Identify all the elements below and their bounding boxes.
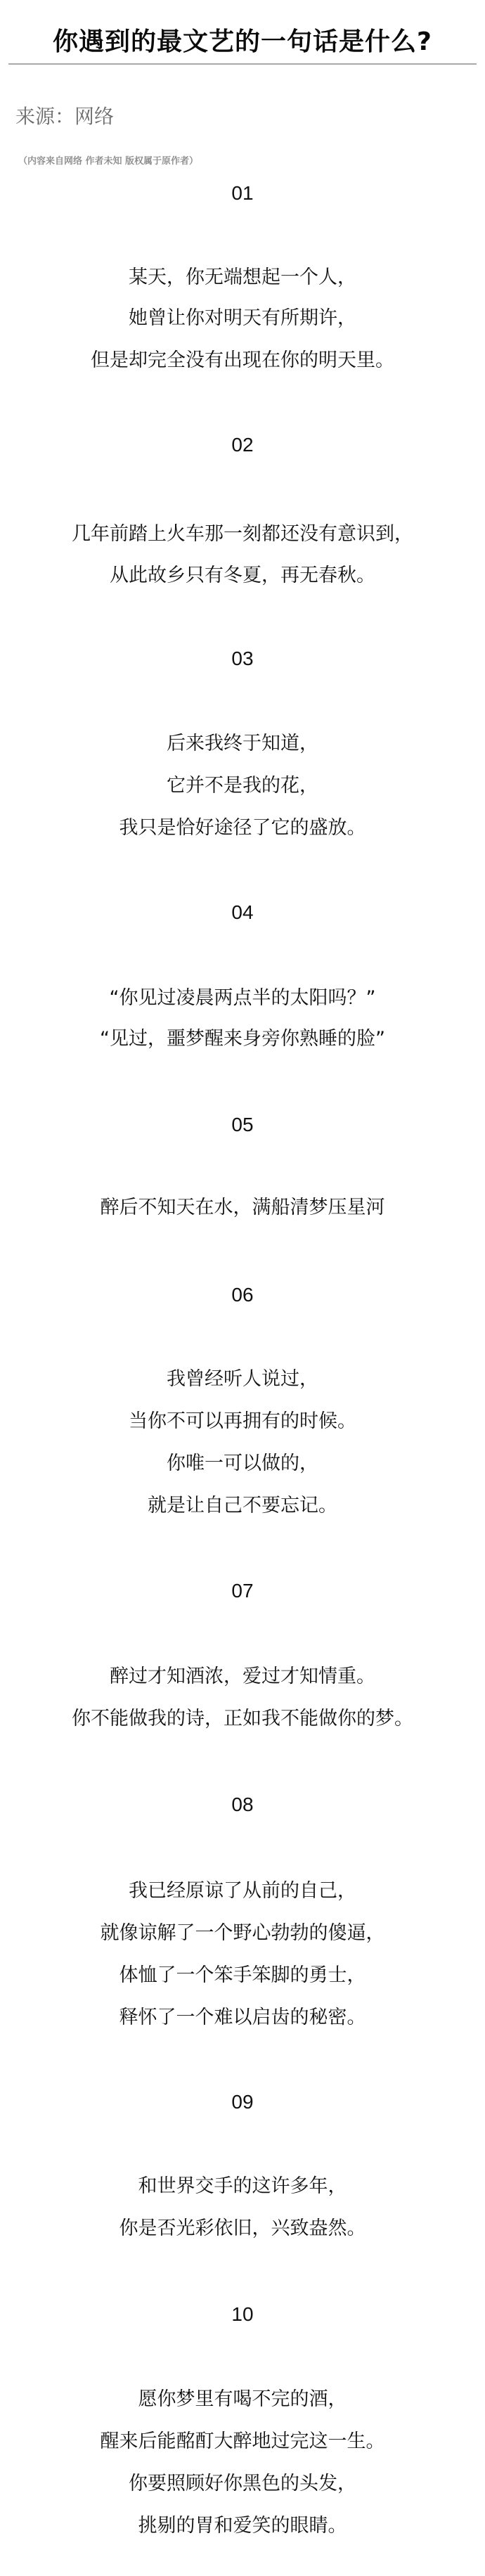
section-number: 05 <box>0 1113 485 1137</box>
quote-line: 但是却完全没有出现在你的明天里。 <box>0 348 485 373</box>
section-number: 07 <box>0 1579 485 1603</box>
section-number: 10 <box>0 2303 485 2326</box>
quote-line: 我曾经听人说过， <box>0 1367 485 1392</box>
page-title: 你遇到的最文艺的一句话是什么? <box>0 25 485 59</box>
quote-line: 当你不可以再拥有的时候。 <box>0 1409 485 1434</box>
quote-line: 就是让自己不要忘记。 <box>0 1493 485 1519</box>
source-label: 来源：网络 <box>15 104 114 129</box>
quote-line: 后来我终于知道， <box>0 731 485 756</box>
quote-line: 从此故乡只有冬夏，再无春秋。 <box>0 563 485 588</box>
quote-line: 某天，你无端想起一个人， <box>0 265 485 290</box>
quote-line: 体恤了一个笨手笨脚的勇士， <box>0 1963 485 1988</box>
copyright-disclaimer: （内容来自网络 作者未知 版权属于原作者） <box>18 153 198 167</box>
quote-line: 几年前踏上火车那一刻都还没有意识到， <box>0 522 485 547</box>
section-number: 02 <box>0 433 485 457</box>
quote-line: 愿你梦里有喝不完的酒， <box>0 2387 485 2412</box>
section-number: 01 <box>0 181 485 205</box>
section-number: 04 <box>0 901 485 925</box>
quote-line: 我只是恰好途径了它的盛放。 <box>0 816 485 841</box>
quote-line: “见过，噩梦醒来身旁你熟睡的脸” <box>0 1026 485 1052</box>
quote-line: 我已经原谅了从前的自己， <box>0 1879 485 1904</box>
quote-line: 醉过才知酒浓，爱过才知情重。 <box>0 1664 485 1689</box>
quote-line: 就像谅解了一个野心勃勃的傻逼， <box>0 1921 485 1946</box>
quote-line: 醉后不知天在水，满船清梦压星河 <box>0 1195 485 1221</box>
quote-line: 和世界交手的这许多年， <box>0 2174 485 2199</box>
quote-line: 它并不是我的花， <box>0 773 485 799</box>
quote-line: 挑剔的胃和爱笑的眼睛。 <box>0 2513 485 2539</box>
quote-line: 释怀了一个难以启齿的秘密。 <box>0 2005 485 2030</box>
section-number: 08 <box>0 1793 485 1817</box>
quote-line: 你不能做我的诗，正如我不能做你的梦。 <box>0 1706 485 1732</box>
quote-line: 你唯一可以做的， <box>0 1451 485 1476</box>
quote-line: 醒来后能酩酊大醉地过完这一生。 <box>0 2429 485 2454</box>
quote-line: 她曾让你对明天有所期许， <box>0 306 485 331</box>
title-divider <box>8 63 477 65</box>
section-number: 06 <box>0 1283 485 1307</box>
section-number: 03 <box>0 647 485 671</box>
quote-line: 你是否光彩依旧，兴致盎然。 <box>0 2216 485 2241</box>
quote-line: “你见过凌晨两点半的太阳吗？” <box>0 986 485 1011</box>
section-number: 09 <box>0 2090 485 2114</box>
quote-line: 你要照顾好你黑色的头发， <box>0 2471 485 2497</box>
